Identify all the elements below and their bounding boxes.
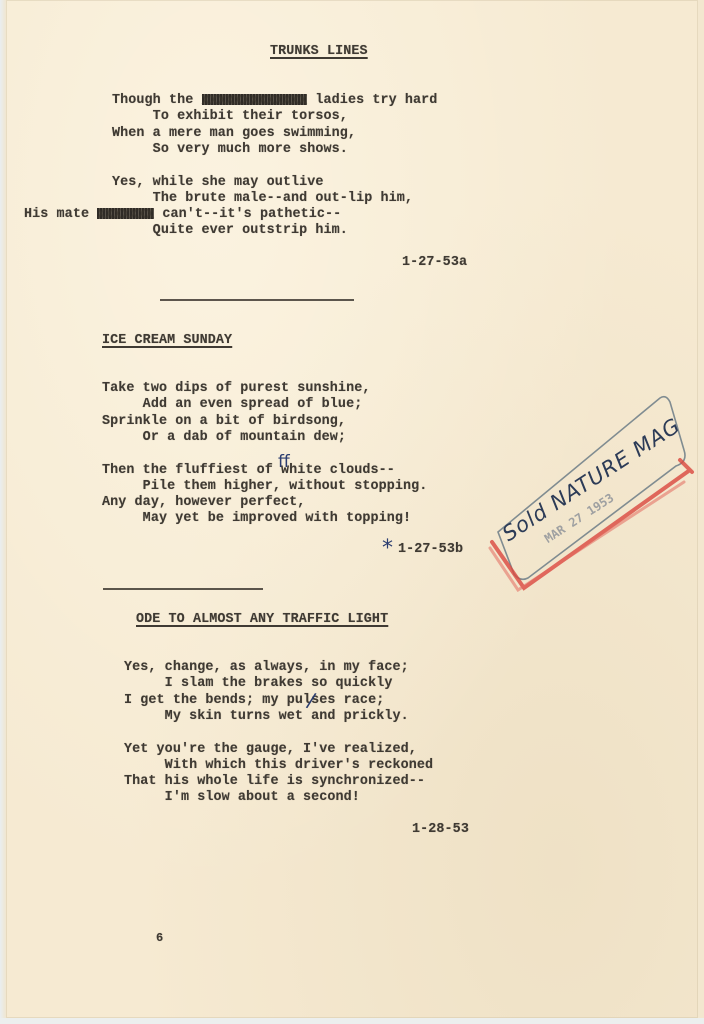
poem-title-trunks-lines: TRUNKS LINES bbox=[270, 44, 368, 60]
section-divider bbox=[160, 299, 354, 301]
poem-line: I'm slow about a second! bbox=[124, 790, 360, 806]
poem-line: That his whole life is synchronized-- bbox=[124, 774, 425, 790]
poem-date-ice-cream-sunday: 1-27-53b bbox=[398, 542, 463, 558]
poem-line: Quite ever outstrip him. bbox=[112, 223, 348, 239]
struck-out-text: XXXXXXX bbox=[97, 208, 154, 219]
poem-line: Then the fluffiest of white clouds-- bbox=[102, 463, 395, 479]
poem-title-traffic-light: ODE TO ALMOST ANY TRAFFIC LIGHT bbox=[136, 612, 388, 628]
poem-line: With which this driver's reckoned bbox=[124, 758, 433, 774]
sold-annotation: Sold NATURE MAG MAR 27 1953 bbox=[484, 392, 704, 592]
poem-line: Yes, while she may outlive bbox=[112, 175, 324, 191]
poem-line: Pile them higher, without stopping. bbox=[102, 479, 427, 495]
poem-date-traffic-light: 1-28-53 bbox=[412, 822, 469, 838]
poem-line: My skin turns wet and prickly. bbox=[124, 709, 409, 725]
poem-line: Sprinkle on a bit of birdsong, bbox=[102, 414, 346, 430]
poem-line: I get the bends; my pulses race; bbox=[124, 693, 384, 709]
poem-date-trunks-lines: 1-27-53a bbox=[402, 255, 467, 271]
section-divider bbox=[103, 588, 263, 590]
handwritten-correction: ff bbox=[278, 452, 290, 472]
poem-line: May yet be improved with topping! bbox=[102, 511, 411, 527]
poem-line: His mate XXXXXXX can't--it's pathetic-- bbox=[24, 207, 341, 223]
poem-line: To exhibit their torsos, bbox=[112, 109, 348, 125]
poem-line: Add an even spread of blue; bbox=[102, 397, 362, 413]
poem-line: The brute male--and out-lip him, bbox=[112, 191, 413, 207]
poem-title-ice-cream-sunday: ICE CREAM SUNDAY bbox=[102, 333, 232, 349]
page-number: 6 bbox=[156, 930, 163, 946]
poem-line: I slam the brakes so quickly bbox=[124, 676, 392, 692]
manuscript-page: TRUNKS LINES Though the XXXXXXXXXXXXX la… bbox=[6, 0, 698, 1018]
scan-edge-bottom bbox=[0, 1018, 704, 1024]
struck-out-text: XXXXXXXXXXXXX bbox=[202, 94, 308, 105]
poem-line: Or a dab of mountain dew; bbox=[102, 430, 346, 446]
poem-line: So very much more shows. bbox=[112, 142, 348, 158]
poem-line: Though the XXXXXXXXXXXXX ladies try hard bbox=[112, 93, 437, 109]
poem-line: Yes, change, as always, in my face; bbox=[124, 660, 409, 676]
poem-line: When a mere man goes swimming, bbox=[112, 126, 356, 142]
poem-line: Any day, however perfect, bbox=[102, 495, 305, 511]
asterisk-mark-icon: * bbox=[382, 536, 393, 561]
poem-line: Take two dips of purest sunshine, bbox=[102, 381, 370, 397]
poem-line: Yet you're the gauge, I've realized, bbox=[124, 742, 417, 758]
